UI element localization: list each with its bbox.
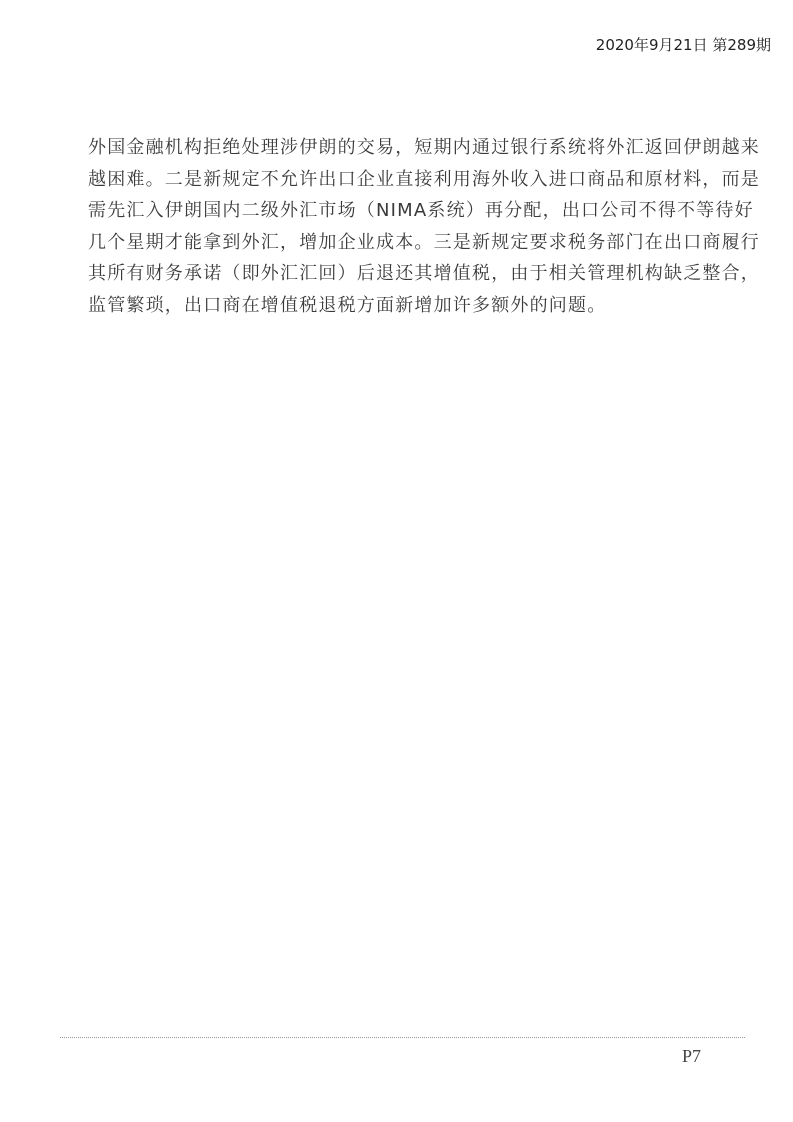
footer-divider <box>60 1037 745 1038</box>
article-line: 几个星期才能拿到外汇，增加企业成本。三是新规定要求税务部门在出口商履行 <box>88 227 728 259</box>
page-number: P7 <box>682 1046 701 1067</box>
article-line: 其所有财务承诺（即外汇汇回）后退还其增值税，由于相关管理机构缺乏整合， <box>88 258 728 290</box>
article-line: 监管繁琐，出口商在增值税退税方面新增加许多额外的问题。 <box>88 290 728 322</box>
article-line: 越困难。二是新规定不允许出口企业直接利用海外收入进口商品和原材料，而是 <box>88 164 728 196</box>
issue-date-header: 2020年9月21日 第289期 <box>596 34 771 55</box>
article-line: 外国金融机构拒绝处理涉伊朗的交易，短期内通过银行系统将外汇返回伊朗越来 <box>88 132 728 164</box>
article-body: 外国金融机构拒绝处理涉伊朗的交易，短期内通过银行系统将外汇返回伊朗越来 越困难。… <box>88 132 728 321</box>
article-line: 需先汇入伊朗国内二级外汇市场（NIMA系统）再分配，出口公司不得不等待好 <box>88 195 728 227</box>
